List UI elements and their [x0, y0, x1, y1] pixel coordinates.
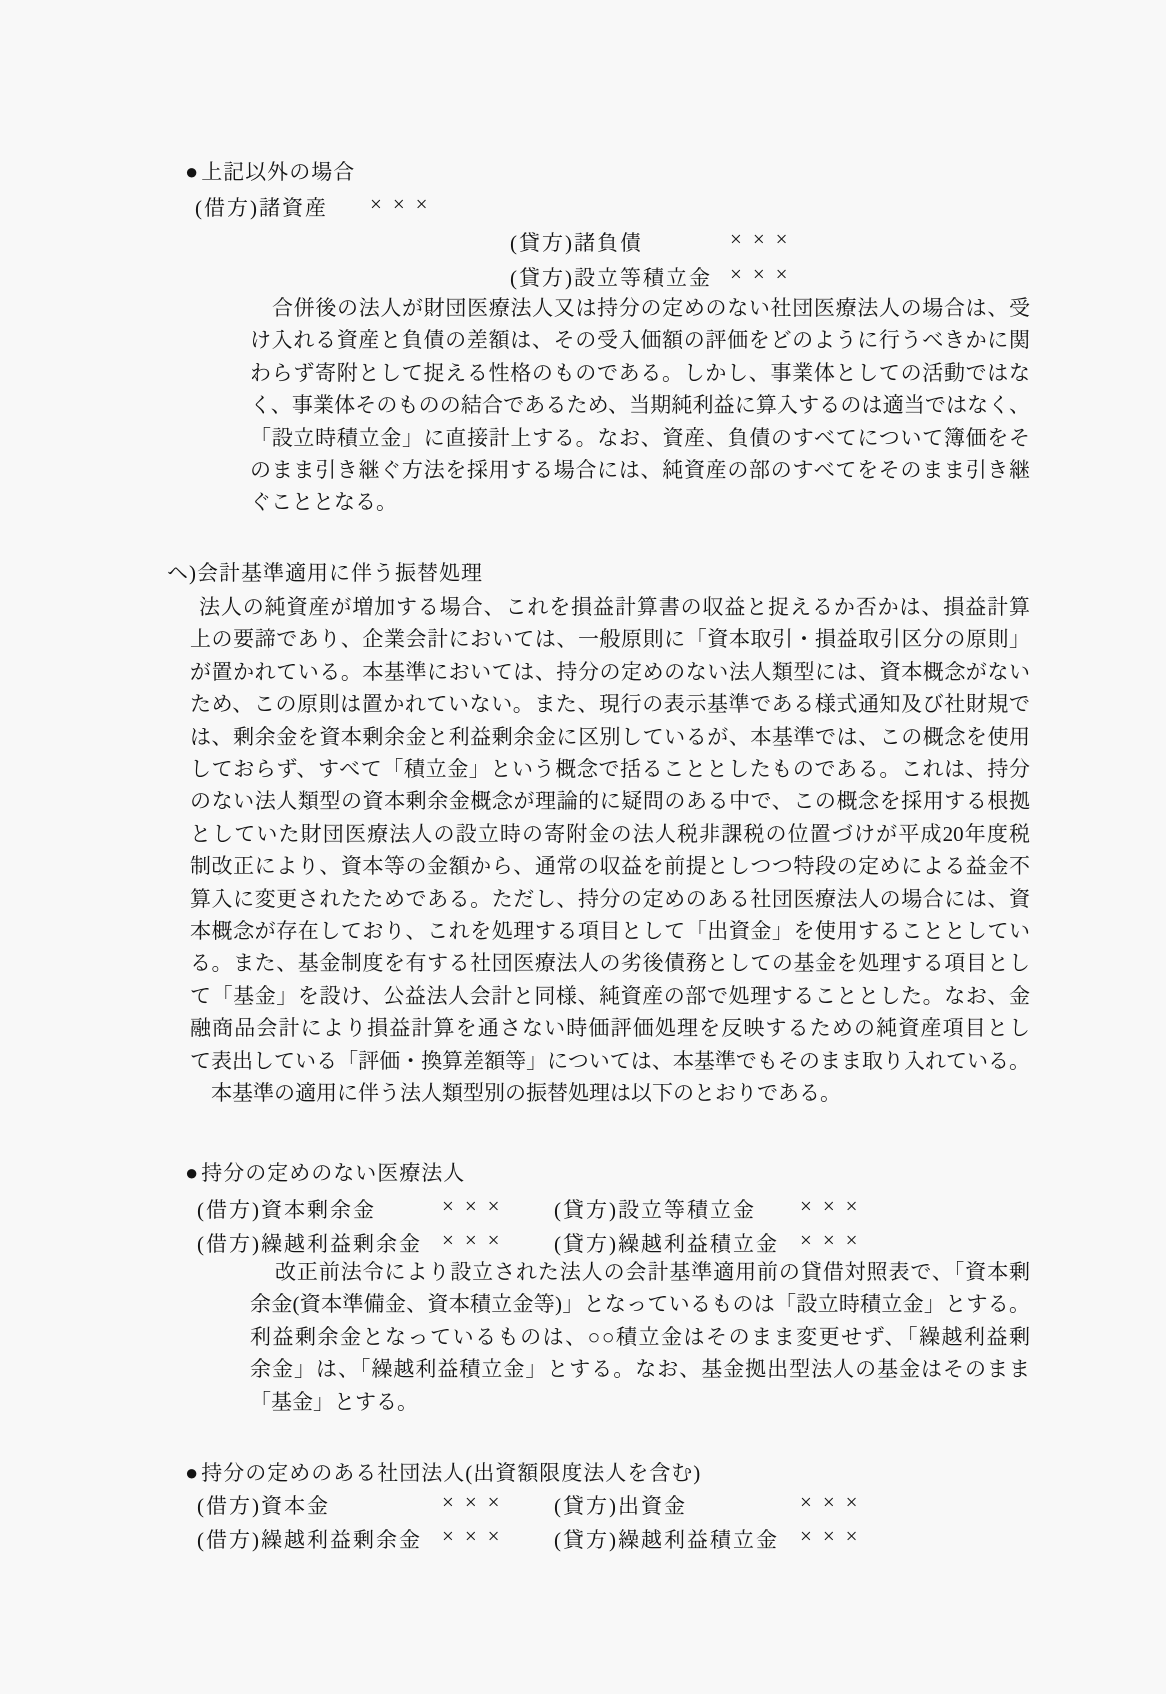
document-page: ●上記以外の場合 (借方)諸資産 ××× (貸方)諸負債 ××× (貸方)設立等… [0, 0, 1166, 1694]
paragraph-line: 余金(資本準備金、資本積立金等)」となっているものは「設立時積立金」とする。 [250, 1288, 1030, 1320]
bullet-icon: ● [185, 159, 199, 184]
section-heading-text: 持分の定めのない医療法人 [201, 1161, 465, 1185]
journal-credit-label: (貸方)設立等積立金 [554, 1194, 756, 1224]
journal-account-label: (貸方)設立等積立金 [510, 262, 712, 292]
paragraph-line: しておらず、すべて「積立金」という概念で括ることとしたものである。これは、持分 [190, 753, 1030, 785]
journal-account-label: (貸方)諸負債 [510, 227, 643, 257]
paragraph-line: 改正前法令により設立された法人の会計基準適用前の貸借対照表で、「資本剰 [250, 1256, 1030, 1288]
journal-credit-label: (貸方)繰越利益積立金 [554, 1524, 779, 1554]
section-heading-with-equity: ●持分の定めのある社団法人(出資額限度法人を含む) [185, 1457, 701, 1487]
journal-debit-amount: ××× [442, 1524, 511, 1549]
journal-debit-label: (借方)繰越利益剰余金 [197, 1228, 422, 1258]
journal-debit-amount: ××× [442, 1490, 511, 1515]
journal-credit-amount: ××× [800, 1194, 869, 1219]
paragraph-line: 合併後の法人が財団医療法人又は持分の定めのない社団医療法人の場合は、受 [250, 292, 1030, 324]
paragraph-line: ぐこととなる。 [250, 486, 1030, 518]
journal-debit-label: (借方)繰越利益剰余金 [197, 1524, 422, 1554]
body-paragraph: 法人の純資産が増加する場合、これを損益計算書の収益と捉えるか否かは、損益計算上の… [190, 591, 1030, 1077]
section-heading-other-cases: ●上記以外の場合 [185, 156, 355, 186]
journal-amount: ××× [730, 262, 799, 287]
subsection-heading-transfer: ヘ)会計基準適用に伴う振替処理 [167, 557, 483, 587]
paragraph-line: け入れる資産と負債の差額は、その受入価額の評価をどのように行うべきかに関 [250, 324, 1030, 356]
journal-amount: ××× [730, 227, 799, 252]
section-heading-text: 持分の定めのある社団法人(出資額限度法人を含む) [201, 1461, 701, 1485]
paragraph-line: 融商品会計により損益計算を通さない時価評価処理を反映するための純資産項目とし [190, 1012, 1030, 1044]
section-heading-text: 上記以外の場合 [201, 160, 355, 184]
paragraph-line: 上の要諦であり、企業会計においては、一般原則に「資本取引・損益取引区分の原則」 [190, 623, 1030, 655]
journal-row: (借方)資本剰余金 ××× (貸方)設立等積立金 ××× [0, 1194, 1166, 1224]
paragraph-line: のまま引き継ぐ方法を採用する場合には、純資産の部のすべてをそのまま引き継 [250, 454, 1030, 486]
paragraph-line: としていた財団医療法人の設立時の寄附金の法人税非課税の位置づけが平成20年度税 [190, 818, 1030, 850]
journal-row: (借方)繰越利益剰余金 ××× (貸方)繰越利益積立金 ××× [0, 1524, 1166, 1554]
bullet-icon: ● [185, 1160, 199, 1185]
journal-account-label: (借方)諸資産 [195, 192, 328, 222]
paragraph-line: て「基金」を設け、公益法人会計と同様、純資産の部で処理することとした。なお、金 [190, 980, 1030, 1012]
journal-debit-label: (借方)資本金 [197, 1490, 330, 1520]
paragraph-line: 法人の純資産が増加する場合、これを損益計算書の収益と捉えるか否かは、損益計算 [190, 591, 1030, 623]
bullet-icon: ● [185, 1460, 199, 1485]
section-heading-no-equity: ●持分の定めのない医療法人 [185, 1157, 465, 1187]
paragraph-line: 余金」は、「繰越利益積立金」とする。なお、基金拠出型法人の基金はそのまま [250, 1353, 1030, 1385]
paragraph-line: 本概念が存在しており、これを処理する項目として「出資金」を使用することとしてい [190, 915, 1030, 947]
journal-debit-amount: ××× [442, 1194, 511, 1219]
journal-row: (借方)資本金 ××× (貸方)出資金 ××× [0, 1490, 1166, 1520]
journal-credit-amount: ××× [800, 1490, 869, 1515]
journal-debit-amount: ××× [442, 1228, 511, 1253]
journal-credit-label: (貸方)出資金 [554, 1490, 687, 1520]
journal-row: (借方)繰越利益剰余金 ××× (貸方)繰越利益積立金 ××× [0, 1228, 1166, 1258]
paragraph-line: る。また、基金制度を有する社団医療法人の劣後債務としての基金を処理する項目とし [190, 947, 1030, 979]
paragraph-line: く、事業体そのものの結合であるため、当期純利益に算入するのは適当ではなく、 [250, 389, 1030, 421]
closing-line: 本基準の適用に伴う法人類型別の振替処理は以下のとおりである。 [190, 1077, 841, 1107]
journal-credit-amount: ××× [800, 1524, 869, 1549]
journal-credit-amount: ××× [800, 1228, 869, 1253]
paragraph-line: ため、この原則は置かれていない。また、現行の表示基準である様式通知及び社財規で [190, 688, 1030, 720]
paragraph-line: のない法人類型の資本剰余金概念が理論的に疑問のある中で、この概念を採用する根拠 [190, 785, 1030, 817]
journal-row: (貸方)設立等積立金 ××× [0, 262, 1166, 292]
paragraph-line: 制改正により、資本等の金額から、通常の収益を前提としつつ特段の定めによる益金不 [190, 850, 1030, 882]
journal-amount: ××× [370, 192, 439, 217]
journal-row: (貸方)諸負債 ××× [0, 227, 1166, 257]
journal-debit-label: (借方)資本剰余金 [197, 1194, 376, 1224]
paragraph-line: わらず寄附として捉える性格のものである。しかし、事業体としての活動ではな [250, 357, 1030, 389]
note-paragraph: 改正前法令により設立された法人の会計基準適用前の貸借対照表で、「資本剰余金(資本… [250, 1256, 1030, 1418]
journal-row: (借方)諸資産 ××× [0, 192, 1166, 222]
paragraph-line: 算入に変更されたためである。ただし、持分の定めのある社団医療法人の場合には、資 [190, 883, 1030, 915]
paragraph-line: が置かれている。本基準においては、持分の定めのない法人類型には、資本概念がない [190, 656, 1030, 688]
note-paragraph: 合併後の法人が財団医療法人又は持分の定めのない社団医療法人の場合は、受け入れる資… [250, 292, 1030, 519]
paragraph-line: 「基金」とする。 [250, 1386, 1030, 1418]
paragraph-line: 利益剰余金となっているものは、○○積立金はそのまま変更せず、「繰越利益剰 [250, 1321, 1030, 1353]
paragraph-line: は、剰余金を資本剰余金と利益剰余金に区別しているが、本基準では、この概念を使用 [190, 721, 1030, 753]
paragraph-line: 「設立時積立金」に直接計上する。なお、資産、負債のすべてについて簿価をそ [250, 422, 1030, 454]
paragraph-line: て表出している「評価・換算差額等」については、本基準でもそのまま取り入れている。 [190, 1045, 1030, 1077]
journal-credit-label: (貸方)繰越利益積立金 [554, 1228, 779, 1258]
